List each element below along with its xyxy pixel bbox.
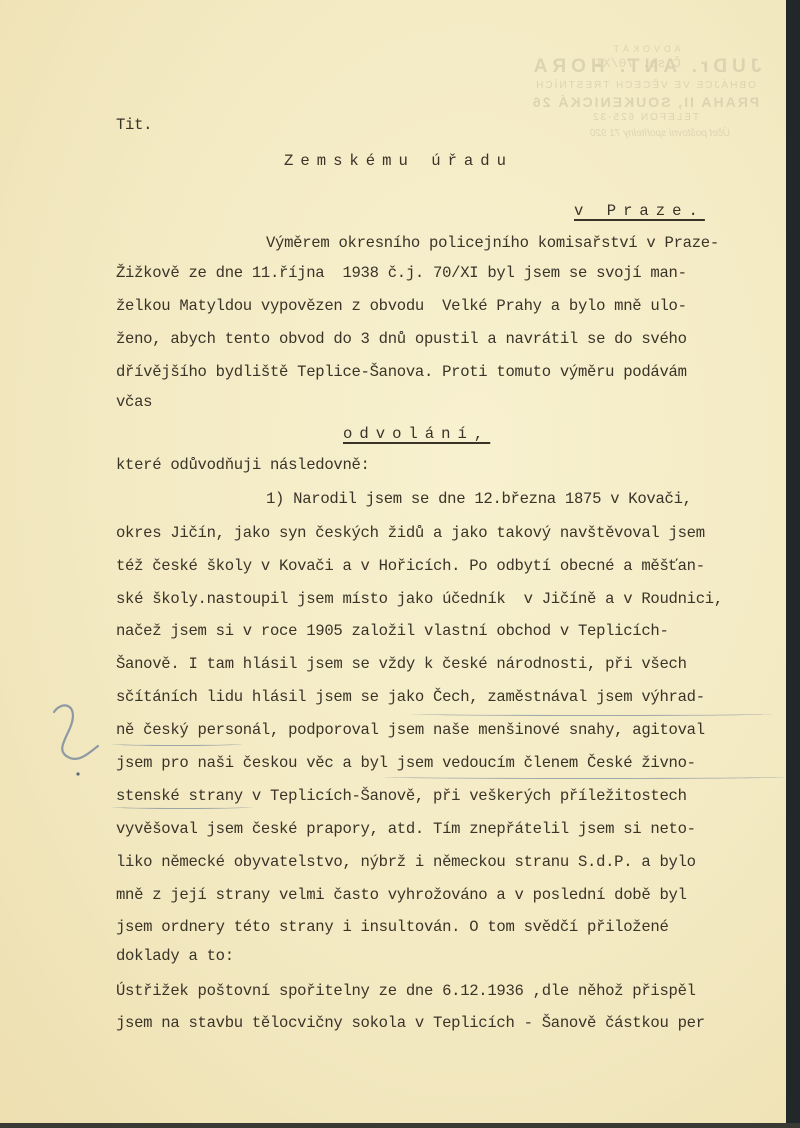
point1-line-1: 1) Narodil jsem se dne 12.března 1875 v … xyxy=(266,490,692,508)
point1-line-8: ně český personál, podporoval jsem naše … xyxy=(116,721,705,739)
intro-line-1: Výměrem okresního policejního komisařstv… xyxy=(266,234,719,252)
pencil-underline xyxy=(385,775,785,779)
letterhead-title: ADVOKÁT xyxy=(520,44,770,54)
point1-line-5: načež jsem si v roce 1905 založil vlastn… xyxy=(116,622,669,640)
intro-line-6: včas xyxy=(116,393,152,411)
reason-intro: které odůvodňuji následovně: xyxy=(116,456,370,474)
point1-line-6: Šanově. I tam hlásil jsem se vždy k česk… xyxy=(116,655,687,673)
letterhead-address: PRAHA II, SOUKENICKÁ 26 xyxy=(520,94,770,110)
section-heading: odvolání, xyxy=(343,425,490,443)
letterhead-line1: OBHÁJCE VE VĚCECH TRESTNÍCH xyxy=(520,80,770,91)
point1-line-4: ské školy.nastoupil jsem místo jako účed… xyxy=(116,590,723,608)
addressee-city: v Praze. xyxy=(574,202,705,220)
letterhead-ghost: ADVOKÁT JUDr. ANT. HORA OBHÁJCE VE VĚCEC… xyxy=(520,44,770,123)
point1-line-10: stenské strany v Teplicích-Šanově, při v… xyxy=(116,787,687,805)
intro-line-2: Žižkově ze dne 11.října 1938 č.j. 70/XI … xyxy=(116,264,687,282)
document-page: Č.sp. 70/XI ADVOKÁT JUDr. ANT. HORA OBHÁ… xyxy=(0,0,786,1124)
point1-line-16: Ústřižek poštovní spořitelny ze dne 6.12… xyxy=(116,982,696,1000)
pencil-underline xyxy=(112,805,252,809)
point1-line-17: jsem na stavbu tělocvičny sokola v Tepli… xyxy=(116,1014,705,1032)
point1-line-11: vyvěšoval jsem české prapory, atd. Tím z… xyxy=(116,820,696,838)
point1-line-7: sčítáních lidu hlásil jsem se jako Čech,… xyxy=(116,688,705,706)
addressee: Zemskému úřadu xyxy=(284,152,513,170)
point1-line-14: jsem ordnery této strany i insultován. O… xyxy=(116,918,669,936)
pencil-underline xyxy=(112,742,242,746)
intro-line-4: ženo, abych tento obvod do 3 dnů opustil… xyxy=(116,330,687,348)
letterhead-phone: TELEFON 625-32 xyxy=(520,112,770,123)
point1-line-15: doklady a to: xyxy=(116,947,234,965)
point1-line-12: liko německé obyvatelstvo, nýbrž i němec… xyxy=(116,853,696,871)
point1-line-2: okres Jičín, jako syn českých židů a jak… xyxy=(116,524,705,542)
point1-line-9: jsem pro naši českou věc a byl jsem vedo… xyxy=(116,754,696,772)
question-mark-annotation-icon xyxy=(40,700,110,780)
scan-edge-bottom xyxy=(0,1123,800,1128)
letterhead-account-note: Účet poštovní spořitelny 71 920 xyxy=(590,128,730,139)
intro-line-5: dřívějšího bydliště Teplice-Šanova. Prot… xyxy=(116,363,687,381)
pencil-underline xyxy=(412,712,772,716)
intro-line-3: želkou Matyldou vypovězen z obvodu Velké… xyxy=(116,297,687,315)
point1-line-3: též české školy v Kovači a v Hořicích. P… xyxy=(116,557,705,575)
scan-edge-right xyxy=(786,0,800,1128)
salutation: Tit. xyxy=(116,116,152,134)
point1-line-13: mně z její strany velmi často vyhrožován… xyxy=(116,886,687,904)
letterhead-name: JUDr. ANT. HORA xyxy=(520,56,770,78)
